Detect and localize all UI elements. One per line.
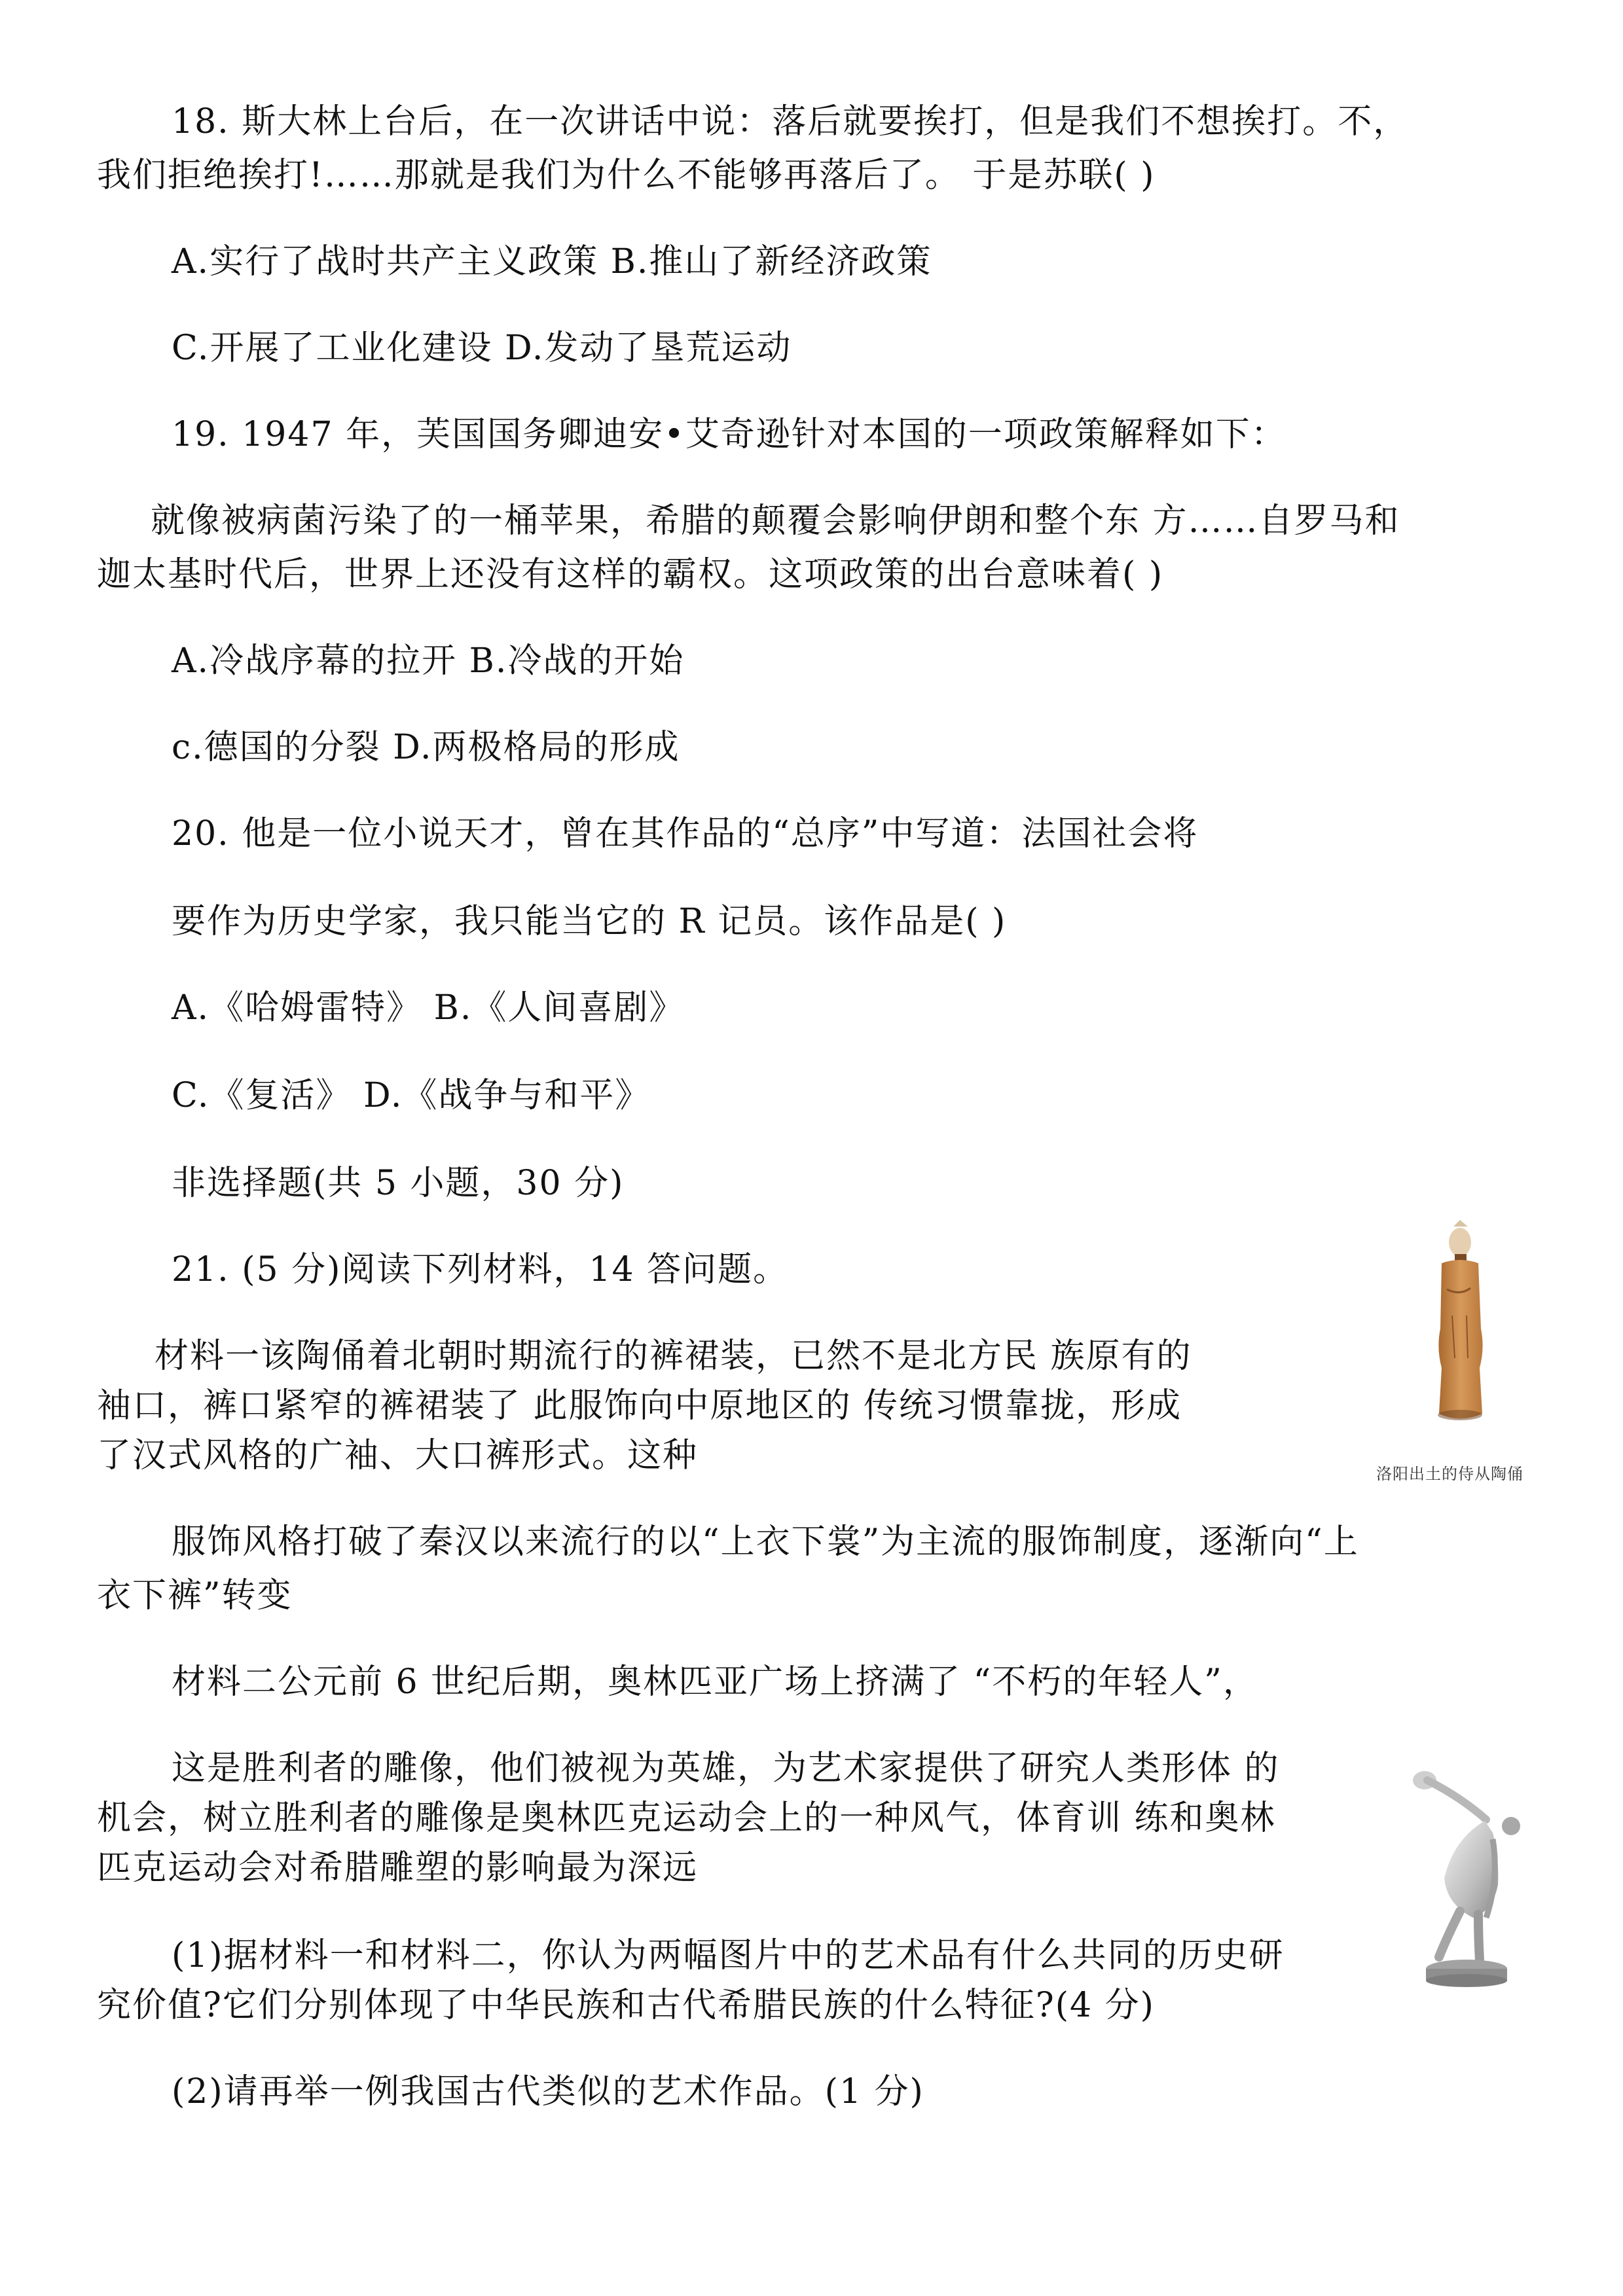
q19-options-cd: c.德国的分裂 D.两极格局的形成 [172, 726, 680, 768]
discobolus-statue-icon [1401, 1761, 1532, 1996]
q21-sub1-line-1: (1)据材料一和材料二，你认为两幅图片中的艺术品有什么共同的历史研 [172, 1935, 1285, 1977]
q20-options-ab: A.《哈姆雷特》 B.《人间喜剧》 [172, 987, 684, 1029]
q18-options-ab: A.实行了战时共产主义政策 B.推山了新经济政策 [172, 241, 932, 283]
q21-sub2: (2)请再举一例我国古代类似的艺术作品。(1 分) [172, 2071, 924, 2113]
q18-line-1: 18. 斯大林上台后，在一次讲话中说：落后就要挨打，但是我们不想挨打。不， [172, 101, 1408, 143]
pottery-figurine-icon [1408, 1217, 1512, 1433]
q21-material2-line-1: 这是胜利者的雕像，他们被视为英雄，为艺术家提供了研究人类形体 的 [172, 1748, 1280, 1789]
q21-material1-line-3: 了汉式风格的广袖、大口裤形式。这种 [97, 1435, 698, 1477]
figurine-caption: 洛阳出土的侍从陶俑 [1376, 1461, 1523, 1484]
q21-material1-cont-line-1: 服饰风格打破了秦汉以来流行的以“上衣下裳”为主流的服饰制度，逐渐向“上 [172, 1521, 1359, 1563]
q19-quote-line-1: 就像被病菌污染了的一桶苹果，希腊的颠覆会影响伊朗和整个东 方……自罗马和 [151, 500, 1400, 542]
discobolus-statue-image [1401, 1761, 1532, 1996]
q19-line-1: 19. 1947 年，芙国国务卿迪安•艾奇逊针对本国的一项政策解释如下： [172, 414, 1286, 456]
q21-heading: 21. (5 分)阅读下列材料，14 答问题。 [172, 1249, 788, 1291]
q20-line-1: 20. 他是一位小说天才，曾在其作品的“总序”中写道：法国社会将 [172, 813, 1198, 855]
q20-options-cd: C.《复活》 D.《战争与和平》 [172, 1075, 650, 1117]
q21-material2-line-3: 匹克运动会对希腊雕塑的影响最为深远 [97, 1847, 698, 1889]
q20-line-2: 要作为历史学家，我只能当它的 R 记员。该作品是( ) [172, 901, 1006, 942]
q21-sub1-line-2: 究价值?它们分别体现了中华民族和古代希腊民族的什么特征?(4 分) [97, 1984, 1155, 2026]
q21-material2-line-2: 机会，树立胜利者的雕像是奥林匹克运动会上的一种风气，体育训 练和奥林 [97, 1797, 1276, 1839]
q21-material1-cont-line-2: 衣下裤”转变 [97, 1575, 293, 1617]
q19-options-ab: A.冷战序幕的拉开 B.冷战的开始 [172, 640, 684, 682]
q21-material1-line-1: 材料一该陶俑着北朝时期流行的裤裙装，已然不是北方民 族原有的 [155, 1335, 1192, 1377]
q18-line-2: 我们拒绝挨打!……那就是我们为什么不能够再落后了。 于是苏联( ) [97, 154, 1156, 196]
q18-options-cd: C.开展了工业化建设 D.发动了垦荒运动 [172, 327, 792, 369]
q21-material2-intro: 材料二公元前 6 世纪后期，奥林匹亚广场上挤满了 “不朽的年轻人”， [172, 1661, 1258, 1703]
pottery-figurine-image [1408, 1217, 1512, 1433]
q21-material1-line-2: 袖口，裤口紧窄的裤裙装了 此服饰向中原地区的 传统习惯靠拢，形成 [97, 1385, 1182, 1427]
q19-quote-line-2: 迦太基时代后，世界上还没有这样的霸权。这项政策的出台意味着( ) [97, 554, 1163, 596]
section-heading: 非选择题(共 5 小题，30 分) [172, 1162, 624, 1204]
